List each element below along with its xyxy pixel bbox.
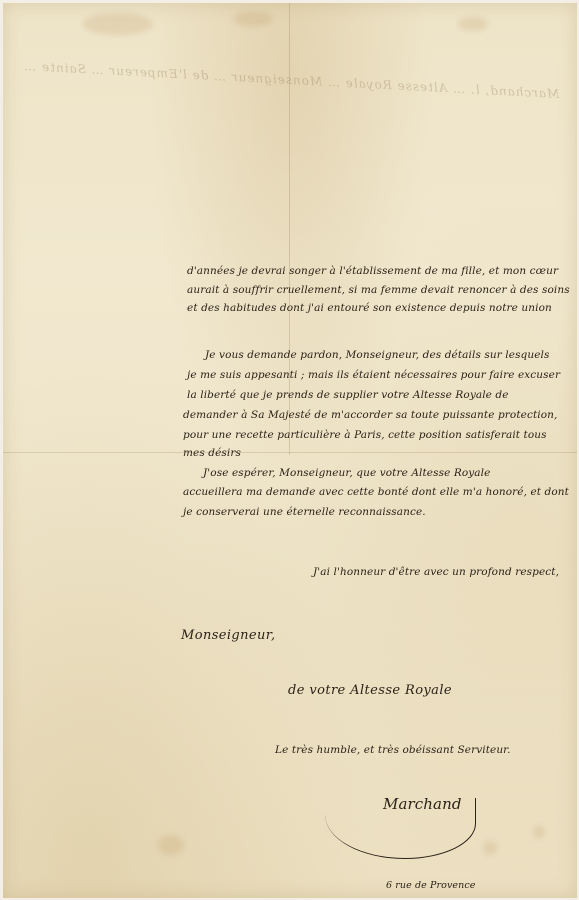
servant-line: Le très humble, et très obéissant Servit… bbox=[275, 744, 511, 756]
signature-flourish bbox=[325, 798, 476, 859]
body-line: je conserverai une éternelle reconnaissa… bbox=[183, 506, 426, 518]
body-line: et des habitudes dont j'ai entouré son e… bbox=[187, 302, 552, 314]
paper-stain bbox=[533, 826, 545, 838]
body-line: J'ose espérer, Monseigneur, que votre Al… bbox=[203, 467, 490, 479]
body-line: accueillera ma demande avec cette bonté … bbox=[183, 486, 569, 498]
title-line: de votre Altesse Royale bbox=[288, 683, 452, 698]
body-line: mes désirs bbox=[183, 447, 241, 459]
salutation: Monseigneur, bbox=[181, 628, 276, 643]
letter-page: Marchand, l. … Altesse Royale … Monseign… bbox=[3, 3, 577, 898]
paper-stain bbox=[483, 841, 497, 855]
body-line: demander à Sa Majesté de m'accorder sa t… bbox=[183, 409, 557, 421]
respect-line: J'ai l'honneur d'être avec un profond re… bbox=[313, 566, 559, 578]
body-line: d'années je devrai songer à l'établissem… bbox=[187, 265, 558, 277]
address-line: 6 rue de Provence bbox=[386, 880, 476, 891]
paper-stain bbox=[233, 11, 273, 27]
body-line: la liberté que je prends de supplier vot… bbox=[187, 389, 509, 401]
body-line: je me suis appesanti ; mais ils étaient … bbox=[187, 369, 560, 381]
paper-stain bbox=[158, 835, 184, 855]
paper-stain bbox=[83, 13, 153, 35]
bleed-through-text: Marchand, l. … Altesse Royale … Monseign… bbox=[23, 59, 560, 101]
body-line: pour une recette particulière à Paris, c… bbox=[183, 429, 547, 441]
body-line: Je vous demande pardon, Monseigneur, des… bbox=[205, 349, 550, 361]
body-line: aurait à souffrir cruellement, si ma fem… bbox=[187, 284, 570, 296]
vertical-fold-line bbox=[289, 3, 290, 455]
horizontal-fold-line bbox=[3, 452, 577, 453]
paper-stain bbox=[458, 17, 488, 31]
